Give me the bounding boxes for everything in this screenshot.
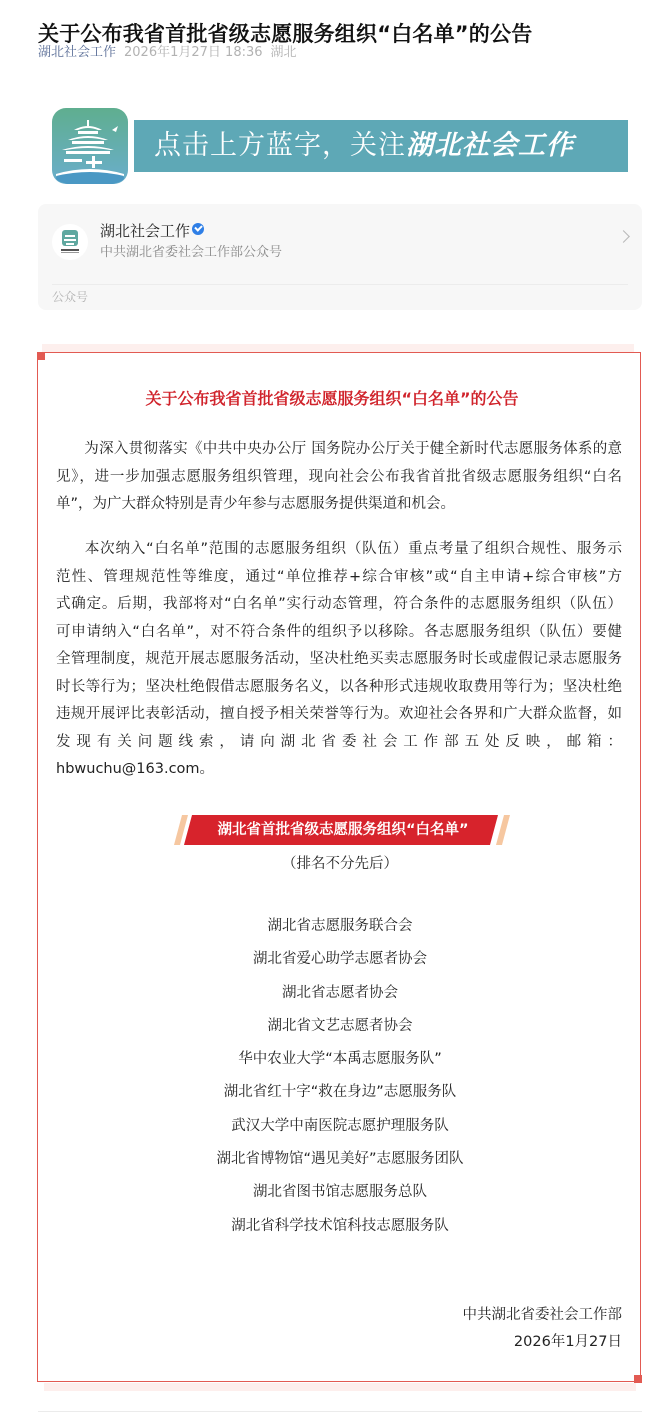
list-heading: 湖北省首批省级志愿服务组织“白名单” bbox=[178, 819, 508, 841]
paragraph-line: 违规开展评比表彰活动，擅自授予相关荣誉等行为。欢迎社会各界和广大群众监督，如 bbox=[56, 701, 622, 729]
paragraph-line: 可申请纳入“白名单”，对不符合条件的组织予以移除。各志愿服务组织（队伍）要健 bbox=[56, 619, 622, 647]
list-item: 湖北省爱心助学志愿者协会 bbox=[0, 949, 664, 982]
signature-org: 中共湖北省委社会工作部 bbox=[463, 1302, 623, 1329]
publish-time: 2026年1月27日 18:36 bbox=[124, 45, 263, 60]
profile-card[interactable]: 湖北社会工作 中共湖北省委社会工作部公众号 公众号 bbox=[38, 204, 642, 310]
account-name-link[interactable]: 湖北社会工作 bbox=[38, 45, 116, 60]
paragraph-line: 发现有关问题线索，请向湖北省委社会工作部五处反映，邮箱： bbox=[56, 729, 622, 757]
list-item: 湖北省科学技术馆科技志愿服务队 bbox=[0, 1216, 664, 1249]
list-item: 华中农业大学“本禹志愿服务队” bbox=[0, 1049, 664, 1082]
article-meta: 湖北社会工作2026年1月27日 18:36湖北 bbox=[38, 44, 297, 62]
signature-block: 中共湖北省委社会工作部 2026年1月27日 bbox=[463, 1302, 623, 1356]
list-item: 湖北省红十字“救在身边”志愿服务队 bbox=[0, 1082, 664, 1115]
organization-list: 湖北省志愿服务联合会 湖北省爱心助学志愿者协会 湖北省志愿者协会 湖北省文艺志愿… bbox=[0, 916, 664, 1249]
paragraph-line: 本次纳入“白名单”范围的志愿服务组织（队伍）重点考量了组织合规性、服务示 bbox=[56, 536, 622, 564]
list-item: 湖北省博物馆“遇见美好”志愿服务团队 bbox=[0, 1149, 664, 1182]
doc-frame-shadow-top bbox=[42, 344, 634, 352]
signature-date: 2026年1月27日 bbox=[463, 1329, 623, 1356]
profile-name: 湖北社会工作 bbox=[100, 221, 204, 241]
follow-banner-text: 点击上方蓝字，关注湖北社会工作 bbox=[154, 130, 574, 162]
paragraph-line: 全管理制度，规范开展志愿服务活动，坚决杜绝买卖志愿服务时长或虚假记录志愿服务 bbox=[56, 646, 622, 674]
verified-badge-icon bbox=[192, 223, 204, 235]
paragraph-line: 为深入贯彻落实《中共中央办公厅 国务院办公厅关于健全新时代志愿服务体系的意 bbox=[56, 436, 622, 464]
list-heading-ribbon: 湖北省首批省级志愿服务组织“白名单” bbox=[178, 815, 508, 845]
account-type-label: 公众号 bbox=[52, 288, 88, 306]
paragraph-line: 范性、管理规范性等维度，通过“单位推荐+综合审核”或“自主申请+综合审核”方 bbox=[56, 564, 622, 592]
list-item: 湖北省志愿服务联合会 bbox=[0, 916, 664, 949]
list-item: 湖北省图书馆志愿服务总队 bbox=[0, 1182, 664, 1215]
publish-location: 湖北 bbox=[271, 45, 297, 60]
list-item: 武汉大学中南医院志愿护理服务队 bbox=[0, 1116, 664, 1149]
follow-banner-bar: 点击上方蓝字，关注湖北社会工作 bbox=[134, 120, 628, 172]
follow-banner: 点击上方蓝字，关注湖北社会工作 bbox=[52, 108, 628, 186]
chevron-right-icon[interactable] bbox=[617, 230, 630, 243]
account-avatar bbox=[52, 224, 88, 260]
paragraph-line: 时长等行为；坚决杜绝假借志愿服务名义，以各种形式违规收取费用等行为；坚决杜绝 bbox=[56, 674, 622, 702]
list-item: 湖北省文艺志愿者协会 bbox=[0, 1016, 664, 1049]
list-item: 湖北省志愿者协会 bbox=[0, 983, 664, 1016]
paragraph-line: 式确定。后期，我部将对“白名单”实行动态管理，符合条件的志愿服务组织（队伍） bbox=[56, 591, 622, 619]
list-note: （排名不分先后） bbox=[0, 853, 664, 875]
pavilion-logo-icon bbox=[52, 108, 128, 184]
card-divider bbox=[52, 284, 628, 285]
paragraph-details: 本次纳入“白名单”范围的志愿服务组织（队伍）重点考量了组织合规性、服务示 范性、… bbox=[56, 536, 622, 784]
paragraph-line: 单”，为广大群众特别是青少年参与志愿服务提供渠道和机会。 bbox=[56, 491, 622, 519]
paragraph-intro: 为深入贯彻落实《中共中央办公厅 国务院办公厅关于健全新时代志愿服务体系的意 见》… bbox=[56, 436, 622, 519]
paragraph-line: 见》，进一步加强志愿服务组织管理，现向社会公布我省首批省级志愿服务组织“白名 bbox=[56, 464, 622, 492]
frame-corner-bottom-right bbox=[634, 1375, 642, 1383]
contact-email: hbwuchu@163.com。 bbox=[56, 756, 622, 784]
announcement-heading: 关于公布我省首批省级志愿服务组织“白名单”的公告 bbox=[0, 388, 664, 410]
profile-description: 中共湖北省委社会工作部公众号 bbox=[100, 244, 282, 262]
frame-corner-top-left bbox=[37, 352, 45, 360]
bottom-divider bbox=[38, 1411, 642, 1412]
doc-frame-shadow-bottom bbox=[44, 1383, 636, 1391]
